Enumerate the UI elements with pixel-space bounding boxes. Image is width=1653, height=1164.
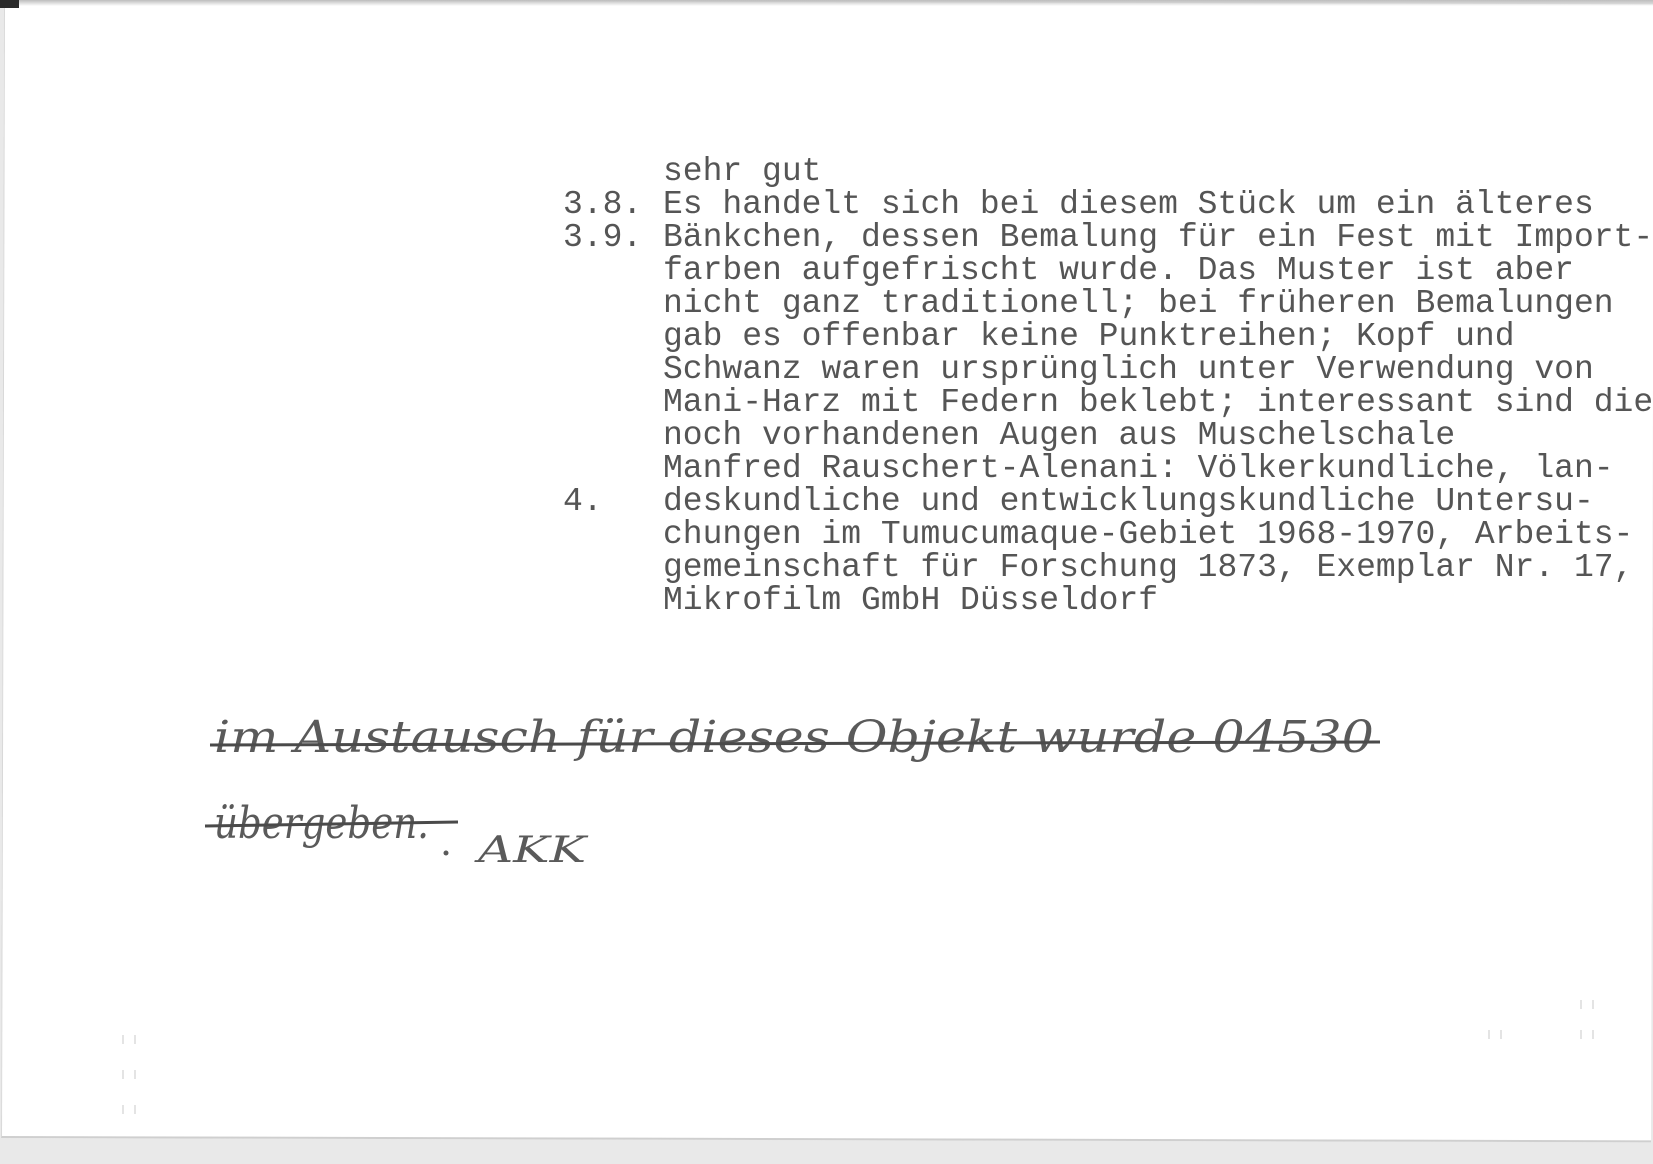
handwritten-line-1: im Austausch für dieses Objekt wurde 045… — [214, 712, 1374, 763]
handwritten-note: im Austausch für dieses Objekt wurde 045… — [0, 0, 1653, 1164]
handwritten-initials: AKK — [474, 830, 589, 871]
handwritten-period — [444, 851, 449, 856]
